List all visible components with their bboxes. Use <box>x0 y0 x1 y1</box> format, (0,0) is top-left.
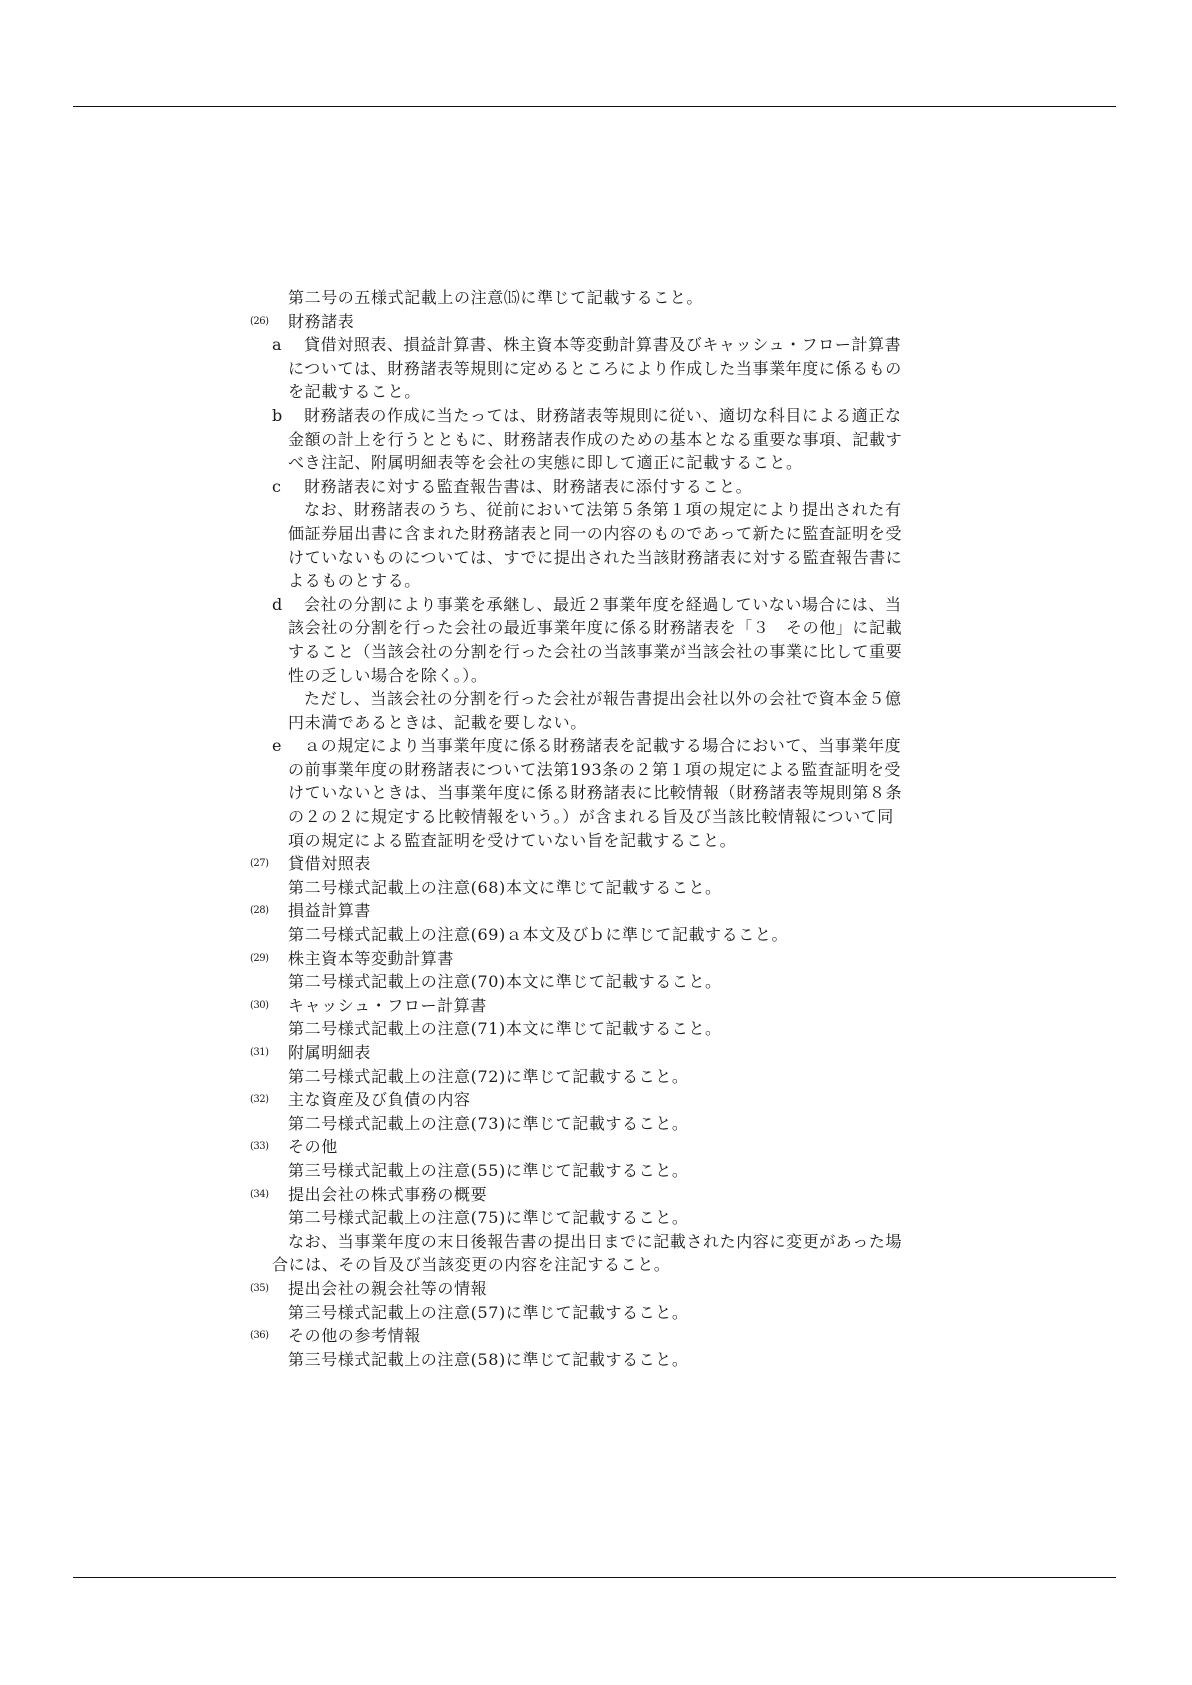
line-text: を記載すること。 <box>288 382 421 401</box>
line-text: けていないものについては、すでに提出された当該財務諸表に対する監査報告書に <box>288 548 902 567</box>
line-text: 第二号の五様式記載上の注意⒂に準じて記載すること。 <box>288 288 703 307</box>
line-text: ただし、当該会社の分割を行った会社が報告書提出会社以外の会社で資本金５億 <box>304 689 902 708</box>
continuation-line: 該会社の分割を行った会社の最近事業年度に係る財務諸表を「３ その他」に記載 <box>250 616 970 640</box>
section-number: (35) <box>250 1277 269 1301</box>
body-line: 第三号様式記載上の注意(57)に準じて記載すること。 <box>250 1301 970 1325</box>
line-text: 合には、その旨及び当該変更の内容を注記すること。 <box>272 1255 670 1274</box>
section-title: 主な資産及び負債の内容 <box>288 1090 471 1109</box>
line-text: 第二号様式記載上の注意(70)本文に準じて記載すること。 <box>288 972 722 991</box>
section-title: 株主資本等変動計算書 <box>288 949 454 968</box>
body-line: 第二号様式記載上の注意(73)に準じて記載すること。 <box>250 1112 970 1136</box>
section-title: 貸借対照表 <box>288 854 371 873</box>
subitem-line: b財務諸表の作成に当たっては、財務諸表等規則に従い、適切な科目による適正な <box>250 404 970 428</box>
section-title: その他の参考情報 <box>288 1326 421 1345</box>
line-text: 第三号様式記載上の注意(57)に準じて記載すること。 <box>288 1303 688 1322</box>
body-line: 第二号の五様式記載上の注意⒂に準じて記載すること。 <box>250 286 970 310</box>
section-number: (26) <box>250 310 269 334</box>
body-line: 第二号様式記載上の注意(69)ａ本文及びｂに準じて記載すること。 <box>250 923 970 947</box>
line-text: なお、財務諸表のうち、従前において法第５条第１項の規定により提出された有 <box>304 500 902 519</box>
section-heading: (35)提出会社の親会社等の情報 <box>250 1277 970 1301</box>
section-heading: (36)その他の参考情報 <box>250 1324 970 1348</box>
subitem-mark: a <box>272 333 304 357</box>
section-heading: (34)提出会社の株式事務の概要 <box>250 1183 970 1207</box>
subitem-mark: c <box>272 475 304 499</box>
subitem-line: eａの規定により当事業年度に係る財務諸表を記載する場合において、当事業年度 <box>250 734 970 758</box>
section-number: (29) <box>250 947 269 971</box>
line-text: の前事業年度の財務諸表について法第193条の２第１項の規定による監査証明を受 <box>288 760 901 779</box>
line-text: ａの規定により当事業年度に係る財務諸表を記載する場合において、当事業年度 <box>304 736 901 755</box>
continuation-line: 性の乏しい場合を除く。）。 <box>250 664 970 688</box>
section-heading: (29)株主資本等変動計算書 <box>250 947 970 971</box>
section-number: (33) <box>250 1135 269 1159</box>
line-text: 性の乏しい場合を除く。）。 <box>288 666 487 685</box>
line-text: 第二号様式記載上の注意(75)に準じて記載すること。 <box>288 1208 688 1227</box>
section-number: (36) <box>250 1324 269 1348</box>
continuation-line: けていないものについては、すでに提出された当該財務諸表に対する監査報告書に <box>250 546 970 570</box>
line-text: の２の２に規定する比較情報をいう。）が含まれる旨及び当該比較情報について同 <box>288 807 894 826</box>
line-text: 財務諸表の作成に当たっては、財務諸表等規則に従い、適切な科目による適正な <box>304 406 902 425</box>
section-heading: (27)貸借対照表 <box>250 852 970 876</box>
line-text: なお、当事業年度の末日後報告書の提出日までに記載された内容に変更があった場 <box>288 1232 902 1251</box>
line-text: 会社の分割により事業を承継し、最近２事業年度を経過していない場合には、当 <box>304 595 902 614</box>
section-title: その他 <box>288 1137 338 1156</box>
line-text: 第二号様式記載上の注意(68)本文に準じて記載すること。 <box>288 878 722 897</box>
continuation-line: 項の規定による監査証明を受けていない旨を記載すること。 <box>250 829 970 853</box>
continuation-line: 合には、その旨及び当該変更の内容を注記すること。 <box>250 1253 970 1277</box>
subitem-mark: b <box>272 404 304 428</box>
section-title: 提出会社の親会社等の情報 <box>288 1279 487 1298</box>
line-text: けていないときは、当事業年度に係る財務諸表に比較情報（財務諸表等規則第８条 <box>288 783 902 802</box>
section-heading: (31)附属明細表 <box>250 1041 970 1065</box>
line-text: 円未満であるときは、記載を要しない。 <box>288 713 587 732</box>
section-title: 財務諸表 <box>288 312 354 331</box>
body-line: なお、当事業年度の末日後報告書の提出日までに記載された内容に変更があった場 <box>250 1230 970 1254</box>
section-number: (30) <box>250 994 269 1018</box>
subitem-line: a貸借対照表、損益計算書、株主資本等変動計算書及びキャッシュ・フロー計算書 <box>250 333 970 357</box>
body-line: 第三号様式記載上の注意(55)に準じて記載すること。 <box>250 1159 970 1183</box>
body-line: 第二号様式記載上の注意(72)に準じて記載すること。 <box>250 1065 970 1089</box>
line-text: については、財務諸表等規則に定めるところにより作成した当事業年度に係るもの <box>288 359 902 378</box>
section-number: (27) <box>250 852 269 876</box>
subitem-mark: d <box>272 593 304 617</box>
continuation-line: 円未満であるときは、記載を要しない。 <box>250 711 970 735</box>
body-line: 第二号様式記載上の注意(71)本文に準じて記載すること。 <box>250 1017 970 1041</box>
indented-line: なお、財務諸表のうち、従前において法第５条第１項の規定により提出された有 <box>250 498 970 522</box>
section-number: (34) <box>250 1183 269 1207</box>
section-heading: (33)その他 <box>250 1135 970 1159</box>
line-text: 該会社の分割を行った会社の最近事業年度に係る財務諸表を「３ その他」に記載 <box>288 618 902 637</box>
continuation-line: すること（当該会社の分割を行った会社の当該事業が当該会社の事業に比して重要 <box>250 640 970 664</box>
line-text: 第三号様式記載上の注意(58)に準じて記載すること。 <box>288 1350 688 1369</box>
line-text: 第二号様式記載上の注意(73)に準じて記載すること。 <box>288 1114 688 1133</box>
line-text: 項の規定による監査証明を受けていない旨を記載すること。 <box>288 831 736 850</box>
subitem-mark: e <box>272 734 304 758</box>
subitem-line: c財務諸表に対する監査報告書は、財務諸表に添付すること。 <box>250 475 970 499</box>
section-title: キャッシュ・フロー計算書 <box>288 996 487 1015</box>
document-body: 第二号の五様式記載上の注意⒂に準じて記載すること。 (26)財務諸表 a貸借対照… <box>250 286 970 1371</box>
continuation-line: べき注記、附属明細表等を会社の実態に即して適正に記載すること。 <box>250 451 970 475</box>
continuation-line: の２の２に規定する比較情報をいう。）が含まれる旨及び当該比較情報について同 <box>250 805 970 829</box>
continuation-line: 金額の計上を行うとともに、財務諸表作成のための基本となる重要な事項、記載す <box>250 428 970 452</box>
indented-line: ただし、当該会社の分割を行った会社が報告書提出会社以外の会社で資本金５億 <box>250 687 970 711</box>
section-heading: (26)財務諸表 <box>250 310 970 334</box>
section-title: 提出会社の株式事務の概要 <box>288 1185 487 1204</box>
body-line: 第二号様式記載上の注意(68)本文に準じて記載すること。 <box>250 876 970 900</box>
continuation-line: については、財務諸表等規則に定めるところにより作成した当事業年度に係るもの <box>250 357 970 381</box>
line-text: 第二号様式記載上の注意(69)ａ本文及びｂに準じて記載すること。 <box>288 925 788 944</box>
continuation-line: よるものとする。 <box>250 569 970 593</box>
line-text: 価証券届出書に含まれた財務諸表と同一の内容のものであって新たに監査証明を受 <box>288 524 902 543</box>
section-title: 附属明細表 <box>288 1043 371 1062</box>
line-text: 第二号様式記載上の注意(71)本文に準じて記載すること。 <box>288 1019 722 1038</box>
section-heading: (28)損益計算書 <box>250 899 970 923</box>
section-number: (32) <box>250 1088 269 1112</box>
section-heading: (32)主な資産及び負債の内容 <box>250 1088 970 1112</box>
continuation-line: 価証券届出書に含まれた財務諸表と同一の内容のものであって新たに監査証明を受 <box>250 522 970 546</box>
continuation-line: を記載すること。 <box>250 380 970 404</box>
section-number: (28) <box>250 899 269 923</box>
continuation-line: けていないときは、当事業年度に係る財務諸表に比較情報（財務諸表等規則第８条 <box>250 781 970 805</box>
line-text: 金額の計上を行うとともに、財務諸表作成のための基本となる重要な事項、記載す <box>288 430 902 449</box>
section-number: (31) <box>250 1041 269 1065</box>
footer-rule <box>73 1577 1116 1578</box>
line-text: べき注記、附属明細表等を会社の実態に即して適正に記載すること。 <box>288 453 803 472</box>
line-text: よるものとする。 <box>288 571 421 590</box>
section-heading: (30)キャッシュ・フロー計算書 <box>250 994 970 1018</box>
line-text: 貸借対照表、損益計算書、株主資本等変動計算書及びキャッシュ・フロー計算書 <box>304 335 901 354</box>
body-line: 第二号様式記載上の注意(70)本文に準じて記載すること。 <box>250 970 970 994</box>
body-line: 第二号様式記載上の注意(75)に準じて記載すること。 <box>250 1206 970 1230</box>
line-text: 財務諸表に対する監査報告書は、財務諸表に添付すること。 <box>304 477 752 496</box>
continuation-line: の前事業年度の財務諸表について法第193条の２第１項の規定による監査証明を受 <box>250 758 970 782</box>
body-line: 第三号様式記載上の注意(58)に準じて記載すること。 <box>250 1348 970 1372</box>
header-rule <box>73 106 1116 107</box>
subitem-line: d会社の分割により事業を承継し、最近２事業年度を経過していない場合には、当 <box>250 593 970 617</box>
line-text: すること（当該会社の分割を行った会社の当該事業が当該会社の事業に比して重要 <box>288 642 902 661</box>
section-title: 損益計算書 <box>288 901 371 920</box>
line-text: 第三号様式記載上の注意(55)に準じて記載すること。 <box>288 1161 688 1180</box>
line-text: 第二号様式記載上の注意(72)に準じて記載すること。 <box>288 1067 688 1086</box>
